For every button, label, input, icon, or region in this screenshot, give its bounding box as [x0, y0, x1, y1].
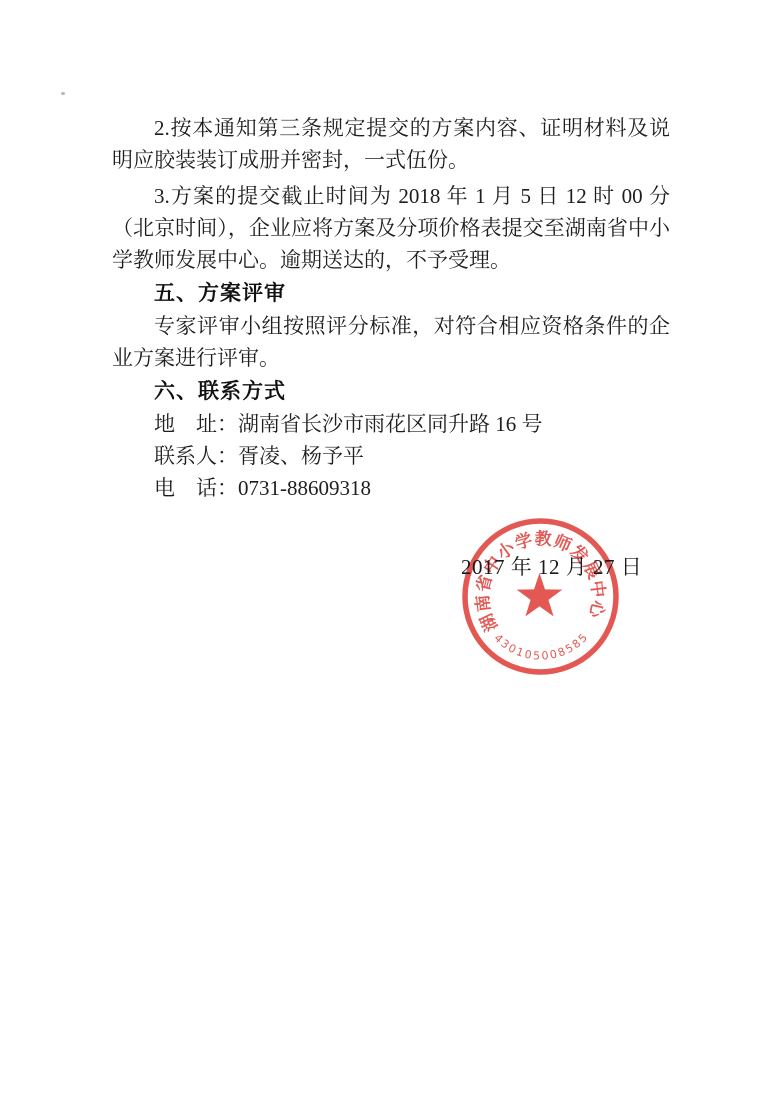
official-seal-stamp: 湖南省中小学教师发展中心 4301050085857	[448, 505, 638, 685]
paragraph-review: 专家评审小组按照评分标准，对符合相应资格条件的企业方案进行评审。	[112, 310, 670, 374]
section-heading-contact: 六、联系方式	[112, 376, 670, 408]
contact-person: 联系人：胥凌、杨予平	[112, 440, 670, 472]
paragraph-deadline: 3.方案的提交截止时间为 2018 年 1 月 5 日 12 时 00 分（北京…	[112, 180, 670, 276]
seal-graphic: 湖南省中小学教师发展中心 4301050085857	[448, 505, 638, 685]
contact-address: 地 址：湖南省长沙市雨花区同升路 16 号	[112, 408, 670, 440]
ink-speck	[61, 92, 65, 95]
paragraph-submission-binding: 2.按本通知第三条规定提交的方案内容、证明材料及说明应胶装装订成册并密封，一式伍…	[112, 112, 670, 176]
document-date: 2017 年 12 月 27 日	[461, 555, 661, 579]
document-body: 2.按本通知第三条规定提交的方案内容、证明材料及说明应胶装装订成册并密封，一式伍…	[112, 112, 670, 504]
section-heading-review: 五、方案评审	[112, 278, 670, 310]
seal-star-icon	[517, 573, 563, 616]
document-page: 2.按本通知第三条规定提交的方案内容、证明材料及说明应胶装装订成册并密封，一式伍…	[0, 0, 780, 1102]
contact-phone: 电 话：0731-88609318	[112, 472, 670, 504]
